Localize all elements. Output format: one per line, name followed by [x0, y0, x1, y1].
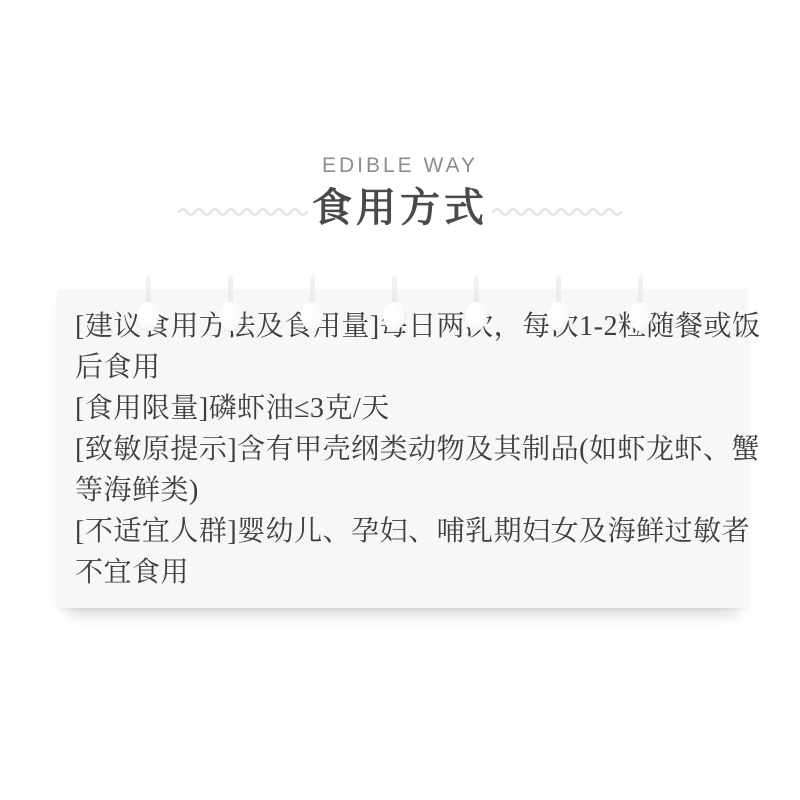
section-title: 食用方式	[0, 186, 800, 230]
hanging-drop-icon	[218, 275, 242, 331]
usage-text-line: [食用限量]磷虾油≤3克/天	[75, 388, 729, 429]
usage-text-line: 等海鲜类)	[75, 470, 729, 511]
hanging-drop-icon	[464, 275, 488, 331]
hanging-drop-icon	[300, 275, 324, 331]
usage-text-line: [不适宜人群]婴幼儿、孕妇、哺乳期妇女及海鲜过敏者	[75, 511, 729, 552]
edible-way-section: EDIBLE WAY 食用方式 [建议食用方法及食用量]每日两次，每次1-2粒随…	[0, 0, 800, 800]
hanging-drop-icon	[382, 275, 406, 331]
hanging-drop-icon	[628, 275, 652, 331]
hanging-drop-icon	[136, 275, 160, 331]
hanging-drop-icon	[546, 275, 570, 331]
usage-text-line: [致敏原提示]含有甲壳纲类动物及其制品(如虾龙虾、蟹	[75, 429, 729, 470]
wave-decoration-right-icon	[492, 203, 624, 217]
usage-info-card: [建议食用方法及食用量]每日两次，每次1-2粒随餐或饭 后食用 [食用限量]磷虾…	[57, 289, 747, 608]
usage-text-line: 不宜食用	[75, 552, 729, 593]
section-subtitle-en: EDIBLE WAY	[0, 154, 800, 178]
usage-text-line: 后食用	[75, 347, 729, 388]
